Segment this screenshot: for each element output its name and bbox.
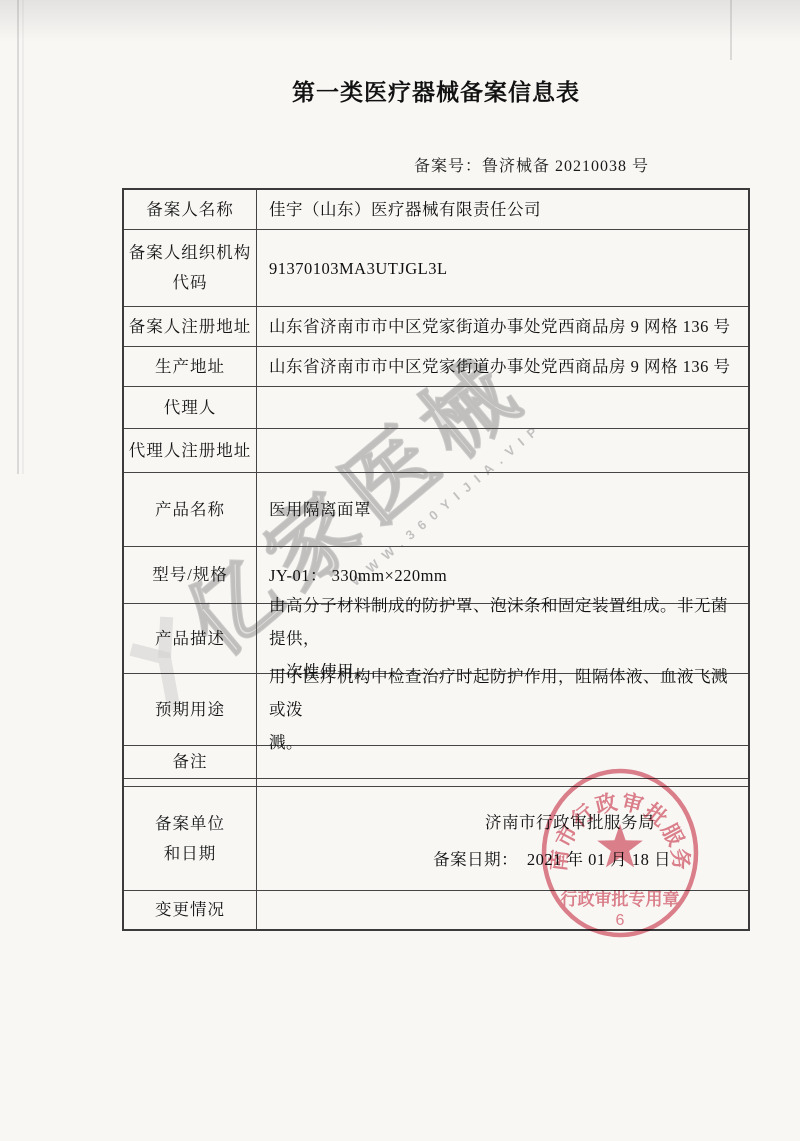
row-value	[257, 429, 748, 472]
scan-top-shading	[0, 0, 800, 42]
table-row-intended-use: 预期用途 用于医疗机构中检查治疗时起防护作用，阻隔体液、血液飞溅或泼 溅。	[124, 674, 748, 746]
row-label: 备案人名称	[124, 190, 257, 229]
document-title: 第一类医疗器械备案信息表	[0, 74, 800, 107]
table-row-registered-address: 备案人注册地址 山东省济南市市中区党家街道办事处党西商品房 9 网格 136 号	[124, 307, 748, 347]
row-label: 代理人	[124, 387, 257, 428]
table-row-filing-authority-date: 备案单位 和日期 济南市行政审批服务局 备案日期： 2021 年 01 月 18…	[124, 787, 748, 891]
row-value: 佳宇（山东）医疗器械有限责任公司	[257, 190, 748, 229]
filing-date: 备案日期： 2021 年 01 月 18 日	[433, 848, 671, 872]
row-label: 备案单位 和日期	[124, 787, 257, 890]
row-value: 用于医疗机构中检查治疗时起防护作用，阻隔体液、血液飞溅或泼 溅。	[257, 674, 748, 745]
row-label: 代理人注册地址	[124, 429, 257, 472]
table-row-production-address: 生产地址 山东省济南市市中区党家街道办事处党西商品房 9 网格 136 号	[124, 347, 748, 387]
table-row-spacer	[124, 779, 748, 787]
filing-info-table: 备案人名称 佳宇（山东）医疗器械有限责任公司 备案人组织机构 代码 913701…	[122, 188, 750, 931]
table-row-filer-name: 备案人名称 佳宇（山东）医疗器械有限责任公司	[124, 190, 748, 230]
filing-number-label: 备案号：	[414, 158, 482, 175]
row-label: 产品名称	[124, 473, 257, 546]
filing-authority: 济南市行政审批服务局	[485, 811, 655, 835]
filing-authority-cell: 济南市行政审批服务局 备案日期： 2021 年 01 月 18 日	[257, 787, 748, 890]
scan-edge-line-left	[17, 0, 19, 474]
row-label: 产品描述	[124, 604, 257, 673]
table-row-agent: 代理人	[124, 387, 748, 429]
row-label: 备注	[124, 746, 257, 778]
row-value: 医用隔离面罩	[257, 473, 748, 546]
row-label: 备案人组织机构 代码	[124, 230, 257, 306]
row-label: 型号/规格	[124, 547, 257, 603]
scanned-document: 亿家医械 WWW.360YIJIA.VIP 第一类医疗器械备案信息表 备案号：鲁…	[0, 0, 800, 1141]
filing-number-value: 鲁济械备 20210038 号	[482, 158, 649, 175]
row-value-empty	[257, 779, 748, 786]
table-row-org-code: 备案人组织机构 代码 91370103MA3UTJGL3L	[124, 230, 748, 307]
row-label: 备案人注册地址	[124, 307, 257, 346]
row-value: 山东省济南市市中区党家街道办事处党西商品房 9 网格 136 号	[257, 307, 748, 346]
row-label-empty	[124, 779, 257, 786]
row-label: 预期用途	[124, 674, 257, 745]
table-row-changes: 变更情况	[124, 891, 748, 929]
table-row-product-name: 产品名称 医用隔离面罩	[124, 473, 748, 547]
row-label: 生产地址	[124, 347, 257, 386]
filing-number-line: 备案号：鲁济械备 20210038 号	[414, 153, 649, 176]
row-value	[257, 891, 748, 929]
scan-edge-line-right	[730, 0, 732, 60]
table-row-agent-address: 代理人注册地址	[124, 429, 748, 473]
table-row-remarks: 备注	[124, 746, 748, 779]
row-value	[257, 746, 748, 778]
row-value: 91370103MA3UTJGL3L	[257, 230, 748, 306]
row-label: 变更情况	[124, 891, 257, 929]
row-value	[257, 387, 748, 428]
row-value: 山东省济南市市中区党家街道办事处党西商品房 9 网格 136 号	[257, 347, 748, 386]
